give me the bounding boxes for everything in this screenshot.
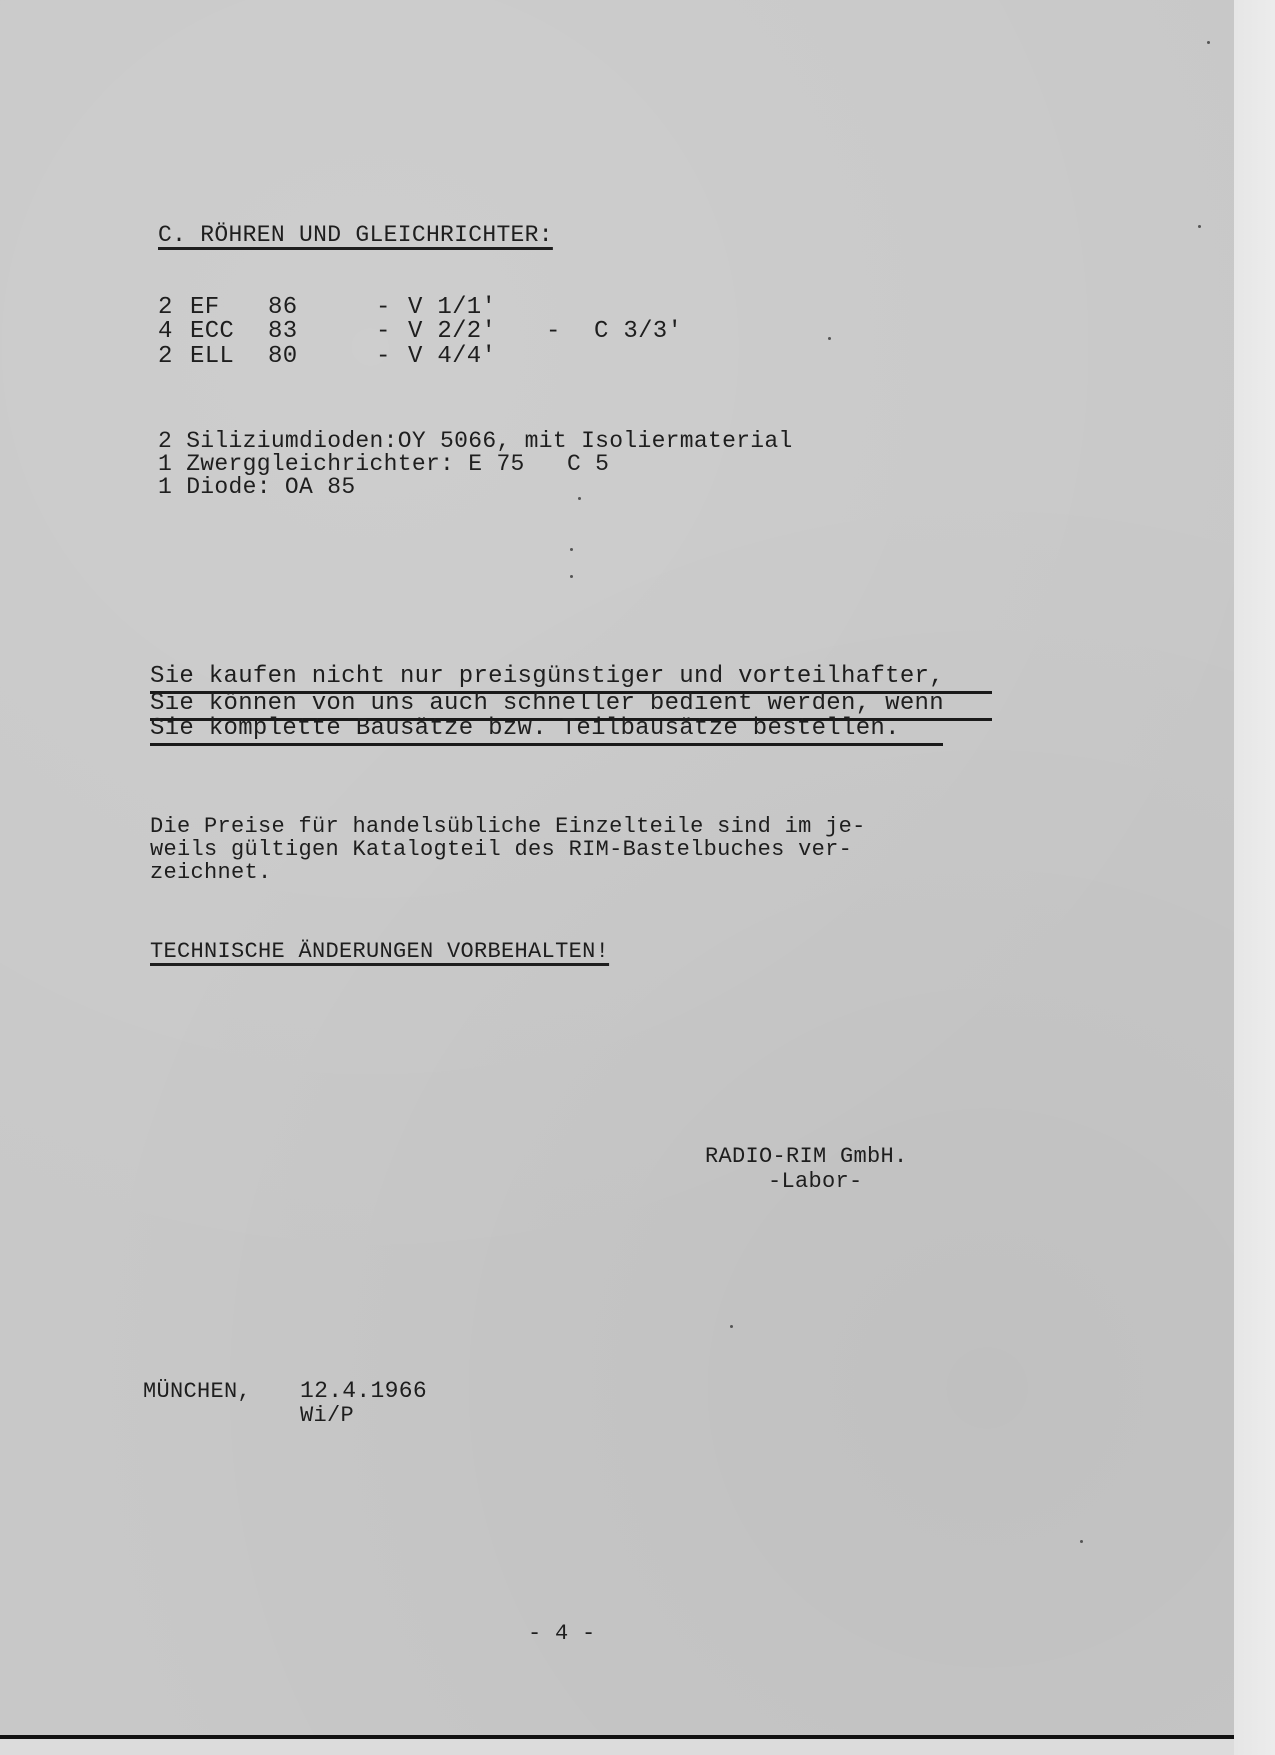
scan-margin-bottom	[0, 1739, 1234, 1755]
speck	[578, 497, 581, 500]
speck	[730, 1325, 733, 1328]
paragraph-line: Die Preise für handelsübliche Einzelteil…	[150, 815, 866, 838]
document-page: C. RÖHREN UND GLEICHRICHTER: 2 EF 86 - V…	[0, 0, 1234, 1739]
speck	[828, 337, 831, 340]
section-heading: C. RÖHREN UND GLEICHRICHTER:	[158, 224, 553, 247]
notice-line: Sie kaufen nicht nur preisgünstiger und …	[150, 665, 944, 688]
parts-item: 1 Diode: OA 85	[158, 476, 355, 499]
speck	[570, 575, 573, 578]
scan-margin-right	[1234, 0, 1275, 1755]
notice-line: Sie komplette Bausätze bzw. Teilbausätze…	[150, 717, 900, 740]
paragraph-line: zeichnet.	[150, 861, 272, 884]
page-number: - 4 -	[528, 1622, 596, 1645]
date: 12.4.1966	[300, 1380, 427, 1403]
place: MÜNCHEN,	[143, 1380, 251, 1403]
initials: Wi/P	[300, 1404, 354, 1427]
speck	[1080, 1540, 1083, 1543]
underline	[150, 743, 943, 746]
paragraph-line: weils gültigen Katalogteil des RIM-Baste…	[150, 838, 852, 861]
speck	[1207, 41, 1210, 44]
speck	[570, 548, 573, 551]
speck	[1198, 225, 1201, 228]
notice-line: Sie können von uns auch schneller bedien…	[150, 692, 944, 715]
parts-item: 2 Siliziumdioden:OY 5066, mit Isoliermat…	[158, 430, 793, 453]
signature-department: -Labor-	[768, 1170, 863, 1193]
disclaimer: TECHNISCHE ÄNDERUNGEN VORBEHALTEN!	[150, 940, 609, 963]
signature-company: RADIO-RIM GmbH.	[705, 1145, 908, 1168]
parts-item: 1 Zwerggleichrichter: E 75 C 5	[158, 453, 609, 476]
